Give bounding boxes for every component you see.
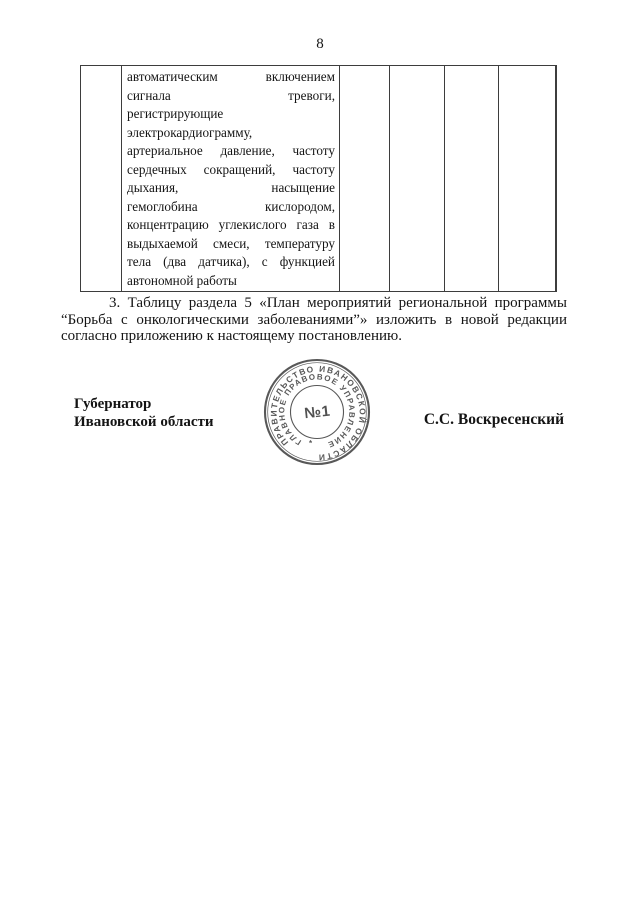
paragraph-line: “Борьба с онкологическими заболеваниями”… bbox=[61, 312, 567, 329]
table-cell-empty bbox=[445, 66, 499, 291]
table-cell-empty-index bbox=[81, 66, 122, 291]
amendment-paragraph: 3. Таблицу раздела 5 «План мероприятий р… bbox=[61, 295, 567, 345]
governor-title-line: Губернатор bbox=[74, 396, 214, 414]
stamp-number: №1 bbox=[303, 403, 331, 423]
signatory-name: С.С. Воскресенский bbox=[400, 411, 564, 429]
governor-title: Губернатор Ивановской области bbox=[74, 396, 214, 431]
table-text-line: дыхания, насыщение bbox=[127, 179, 335, 198]
document-page: 8 автоматическим включением сигнала трев… bbox=[0, 0, 640, 905]
table-text-line: тела (два датчика), с функцией bbox=[127, 253, 335, 272]
table-text-line: автономной работы bbox=[127, 272, 335, 291]
table-text-line: сердечных сокращений, частоту bbox=[127, 161, 335, 180]
table-text-line: концентрацию углекислого газа в bbox=[127, 216, 335, 235]
stamp-separator-star: * bbox=[309, 439, 313, 448]
table-cell-empty bbox=[499, 66, 555, 291]
table-cell-empty bbox=[390, 66, 445, 291]
table-text-line: регистрирующие bbox=[127, 105, 335, 124]
table-text-line: артериальное давление, частоту bbox=[127, 142, 335, 161]
table-text-line: гемоглобина кислородом, bbox=[127, 198, 335, 217]
page-number: 8 bbox=[0, 36, 640, 53]
table-text-line: электрокардиограмму, bbox=[127, 124, 335, 143]
legal-approval-stamp-icon: ПРАВИТЕЛЬСТВО ИВАНОВСКОЙ ОБЛАСТИ ГЛАВНОЕ… bbox=[247, 342, 387, 482]
equipment-description-cell: автоматическим включением сигнала тревог… bbox=[122, 66, 340, 291]
governor-region-line: Ивановской области bbox=[74, 414, 214, 432]
table-text-line: выдыхаемой смеси, температуру bbox=[127, 235, 335, 254]
stamp-seal-icon: ПРАВИТЕЛЬСТВО ИВАНОВСКОЙ ОБЛАСТИ ГЛАВНОЕ… bbox=[265, 360, 369, 464]
table-cell-empty bbox=[340, 66, 390, 291]
paragraph-line: 3. Таблицу раздела 5 «План мероприятий р… bbox=[61, 295, 567, 312]
continuation-table: автоматическим включением сигнала тревог… bbox=[80, 65, 557, 292]
table-text-line: сигнала тревоги, bbox=[127, 87, 335, 106]
table-text-line: автоматическим включением bbox=[127, 68, 335, 87]
